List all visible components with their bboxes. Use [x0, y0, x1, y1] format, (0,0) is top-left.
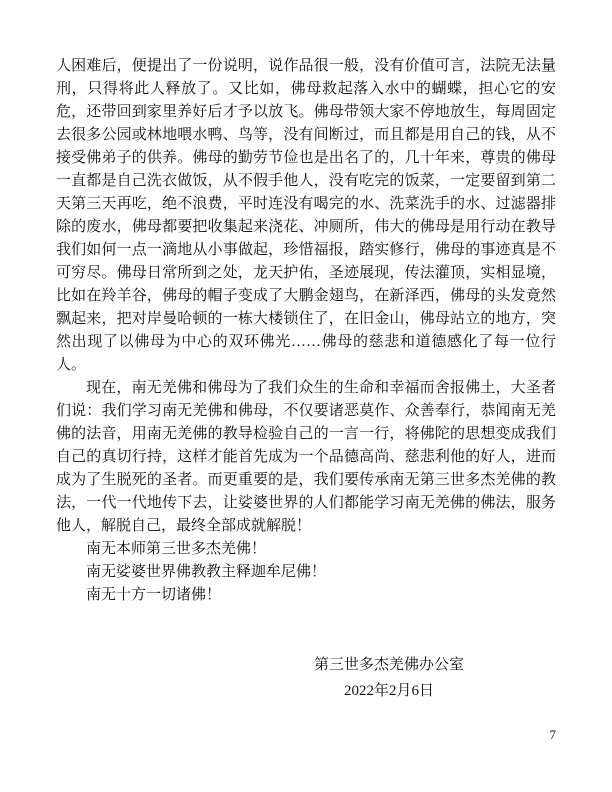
document-page: 人困难后，便提出了一份说明，说作品很一般，没有价值可言，法院无法量刑，只得将此人… [0, 0, 612, 792]
paragraph-continuation: 人困难后，便提出了一份说明，说作品很一般，没有价值可言，法院无法量刑，只得将此人… [56, 55, 556, 377]
paragraph-main: 现在，南无羌佛和佛母为了我们众生的生命和幸福而舍报佛土，大圣者们说：我们学习南无… [56, 377, 556, 538]
document-body: 人困难后，便提出了一份说明，说作品很一般，没有价值可言，法院无法量刑，只得将此人… [56, 55, 556, 607]
paragraph-homage-2: 南无娑婆世界佛教教主释迦牟尼佛！ [56, 561, 556, 584]
paragraph-homage-3: 南无十方一切诸佛！ [56, 584, 556, 607]
signature-block: 第三世多杰羌佛办公室 2022年2月6日 [314, 652, 464, 704]
signature-organization: 第三世多杰羌佛办公室 [314, 652, 464, 678]
signature-date: 2022年2月6日 [314, 678, 464, 704]
page-number: 7 [550, 727, 557, 743]
paragraph-homage-1: 南无本师第三世多杰羌佛！ [56, 538, 556, 561]
